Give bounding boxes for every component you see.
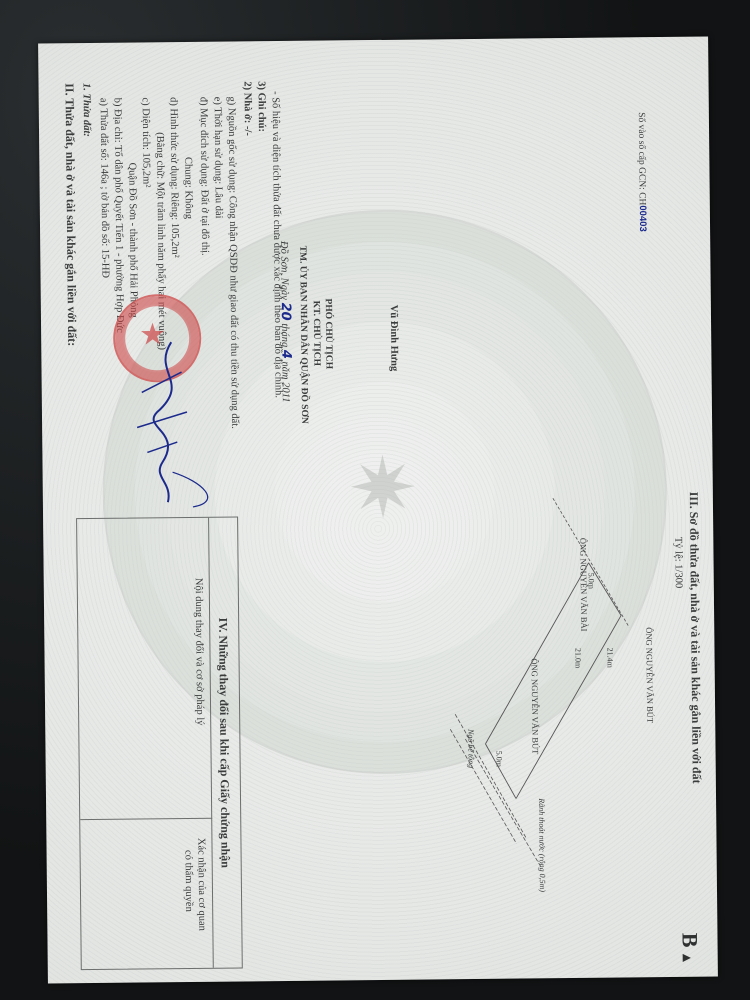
sign-org: TM. ỦY BAN NHÂN DÂN QUẬN ĐỒ SƠN	[297, 246, 309, 424]
sign-day: 20	[278, 302, 293, 320]
section-ii-title: II. Thửa đất, nhà ở và tài sản khác gắn …	[62, 83, 80, 346]
changes-table: IV. Những thay đổi sau khi cấp Giấy chứn…	[76, 516, 243, 970]
sign-role1: KT. CHỦ TỊCH	[311, 301, 322, 366]
dim-left: 21.0m	[573, 648, 582, 668]
sign-month: 4	[278, 350, 293, 359]
usage-purpose: đ) Mục đích sử dụng: Đất ở tại đô thị.	[198, 97, 211, 256]
section-iii-title: III. Sơ đồ thửa đất, nhà ở và tài sản kh…	[686, 492, 704, 784]
section-iv-title: IV. Những thay đổi sau khi cấp Giấy chứn…	[215, 618, 233, 868]
parcel-area: c) Diện tích: 105,2m²	[140, 97, 152, 187]
changes-table-header: IV. Những thay đổi sau khi cấp Giấy chứn…	[208, 517, 242, 967]
col-changes-header: Nội dung thay đổi và cơ sở pháp lý	[193, 578, 206, 726]
dim-top: 5.0m	[587, 573, 596, 589]
dim-bottom: 5.0m	[495, 751, 504, 767]
land-use-certificate-page: ✷ II. Thửa đất, nhà ở và tài sản khác gắ…	[38, 37, 718, 984]
changes-content-column: Nội dung thay đổi và cơ sở pháp lý	[77, 518, 212, 820]
section-ii-sub2: 2) Nhà ở: -/-	[242, 81, 254, 136]
handwritten-signature	[111, 332, 233, 513]
arrow-up-icon: ▲	[679, 947, 694, 965]
usage-term: e) Thời hạn sử dụng: Lâu dài	[212, 97, 224, 219]
parcel-address: b) Địa chỉ: Tổ dân phố Quyết Tiến 1 - ph…	[112, 98, 125, 333]
north-arrow: B ▲	[676, 933, 702, 965]
road-label: Ngõ bê tông	[466, 729, 475, 768]
parcel-address-2: Quận Đồ Sơn - thành phố Hải Phòng	[126, 163, 139, 318]
signer-name: Vũ Đình Hưng	[388, 305, 400, 372]
section-ii-sub1: 1. Thửa đất:	[81, 83, 93, 137]
land-plot-diagram	[273, 497, 658, 951]
dim-right: 21.4m	[605, 648, 614, 668]
drain-label: Rãnh thoát nước (rộng 0,5m)	[537, 798, 547, 892]
usage-form-shared: Chung: Không	[182, 157, 194, 219]
sign-place-date: Đồ Sơn, Ngày 20 tháng 4 năm 2011	[277, 241, 294, 403]
col-confirm-header-2: có thẩm quyền	[183, 850, 195, 912]
serial-number: Số vào sổ cấp GCN: CH00403	[636, 112, 648, 232]
usage-form: d) Hình thức sử dụng: Riêng: 105,2m²	[168, 97, 181, 258]
section-ii-sub3: 3) Ghi chú:	[256, 81, 268, 132]
plot-scale: Tỷ lệ: 1/300	[672, 537, 684, 588]
neighbor-west: ÔNG NGUYỄN VĂN BÚT	[644, 627, 655, 723]
col-confirm-header-1: Xác nhận của cơ quan	[195, 838, 207, 931]
parcel-number: a) Thửa đất số: 146a ; tờ bản đồ số: 15-…	[98, 98, 111, 278]
neighbor-east: ÔNG NGUYỄN VĂN BÚT	[530, 658, 541, 754]
sign-role2: PHÓ CHỦ TỊCH	[323, 298, 334, 369]
